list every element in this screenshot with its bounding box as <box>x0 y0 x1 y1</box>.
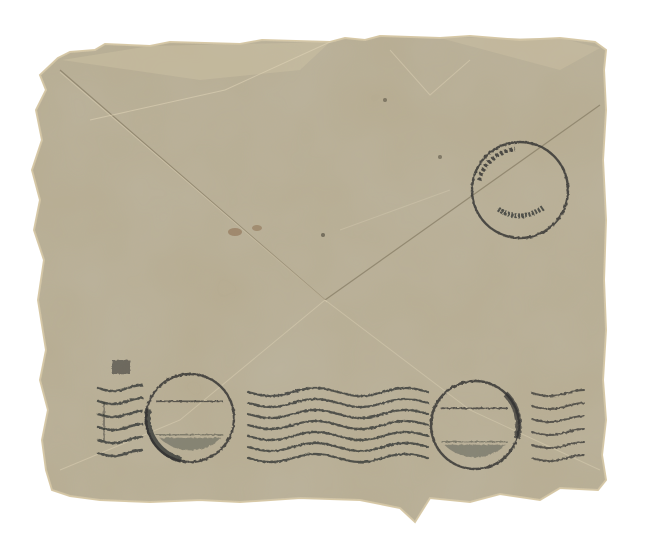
paper-blotch <box>32 36 606 522</box>
envelope-paper <box>32 36 606 522</box>
envelope-photo <box>0 0 648 538</box>
